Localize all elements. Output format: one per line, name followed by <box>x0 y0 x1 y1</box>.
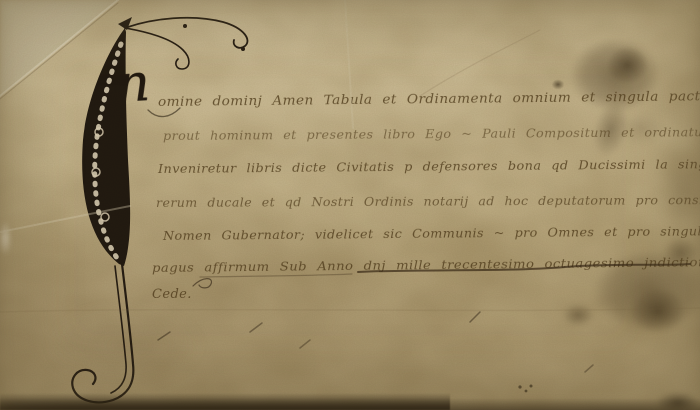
bottom-right-corner-shadow <box>648 388 700 410</box>
bottom-left-edge-shadow <box>0 393 450 410</box>
parchment-photo: n omine dominj Amen Tabula et Ordinament… <box>0 0 700 410</box>
parchment-grain-texture <box>0 0 700 410</box>
